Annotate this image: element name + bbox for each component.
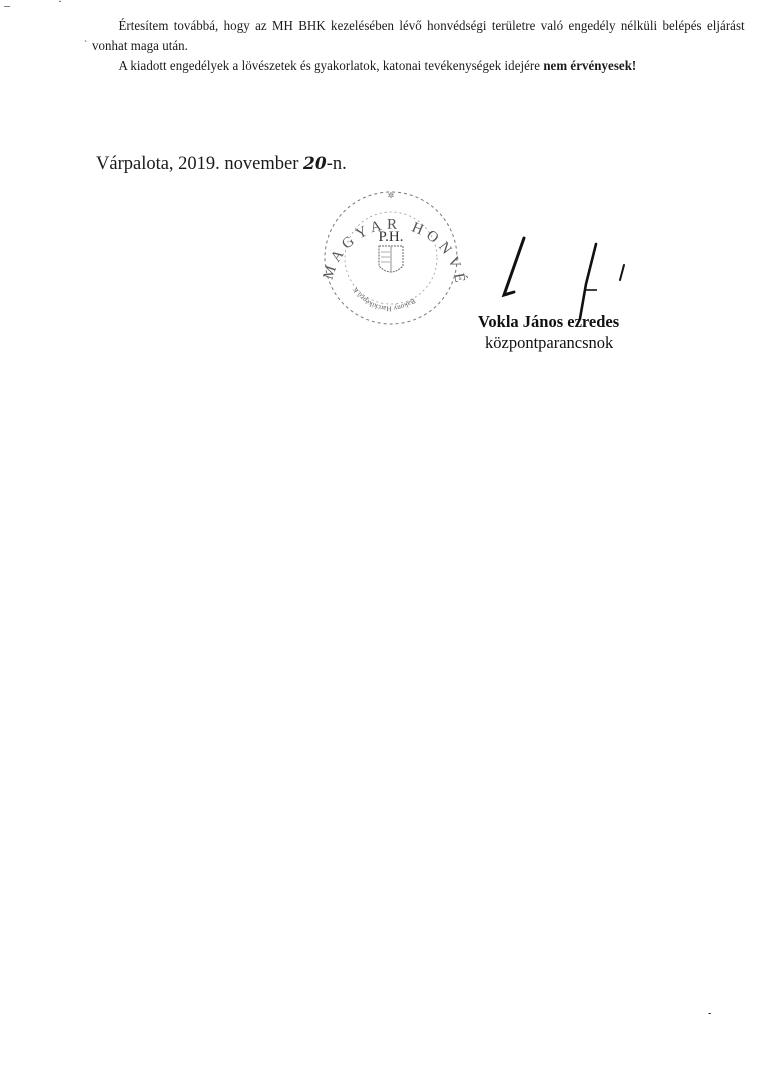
- official-stamp: MAGYAR HONVÉDSÉG Bakony Harckiképző Közp…: [306, 186, 476, 336]
- stamp-inner-text: Bakony Harckiképző Központ: [306, 186, 417, 313]
- signer-name: Vokla János ezredes: [478, 312, 619, 332]
- scan-mark: ˋ: [84, 40, 87, 51]
- scan-mark: -: [708, 1008, 711, 1019]
- place-date-prefix: Várpalota, 2019. november: [96, 154, 303, 174]
- place-date-suffix: -n.: [327, 154, 347, 174]
- stamp-center-text: P.H.: [378, 229, 403, 245]
- validity-text: A kiadott engedélyek a lövészetek és gya…: [118, 58, 543, 73]
- scan-mark: –: [4, 0, 10, 13]
- handwritten-day: 20: [303, 154, 327, 174]
- scan-mark: ·: [58, 0, 62, 9]
- signer-title: központparancsnok: [485, 333, 613, 353]
- validity-emphasis: nem érvényesek!: [543, 58, 636, 73]
- signature: [490, 230, 650, 320]
- validity-paragraph: A kiadott engedélyek a lövészetek és gya…: [92, 56, 745, 76]
- place-and-date: Várpalota, 2019. november 20-n.: [96, 154, 347, 175]
- stamp-star-icon: ✲: [388, 191, 395, 200]
- notice-paragraph: Értesítem továbbá, hogy az MH BHK kezelé…: [92, 16, 745, 56]
